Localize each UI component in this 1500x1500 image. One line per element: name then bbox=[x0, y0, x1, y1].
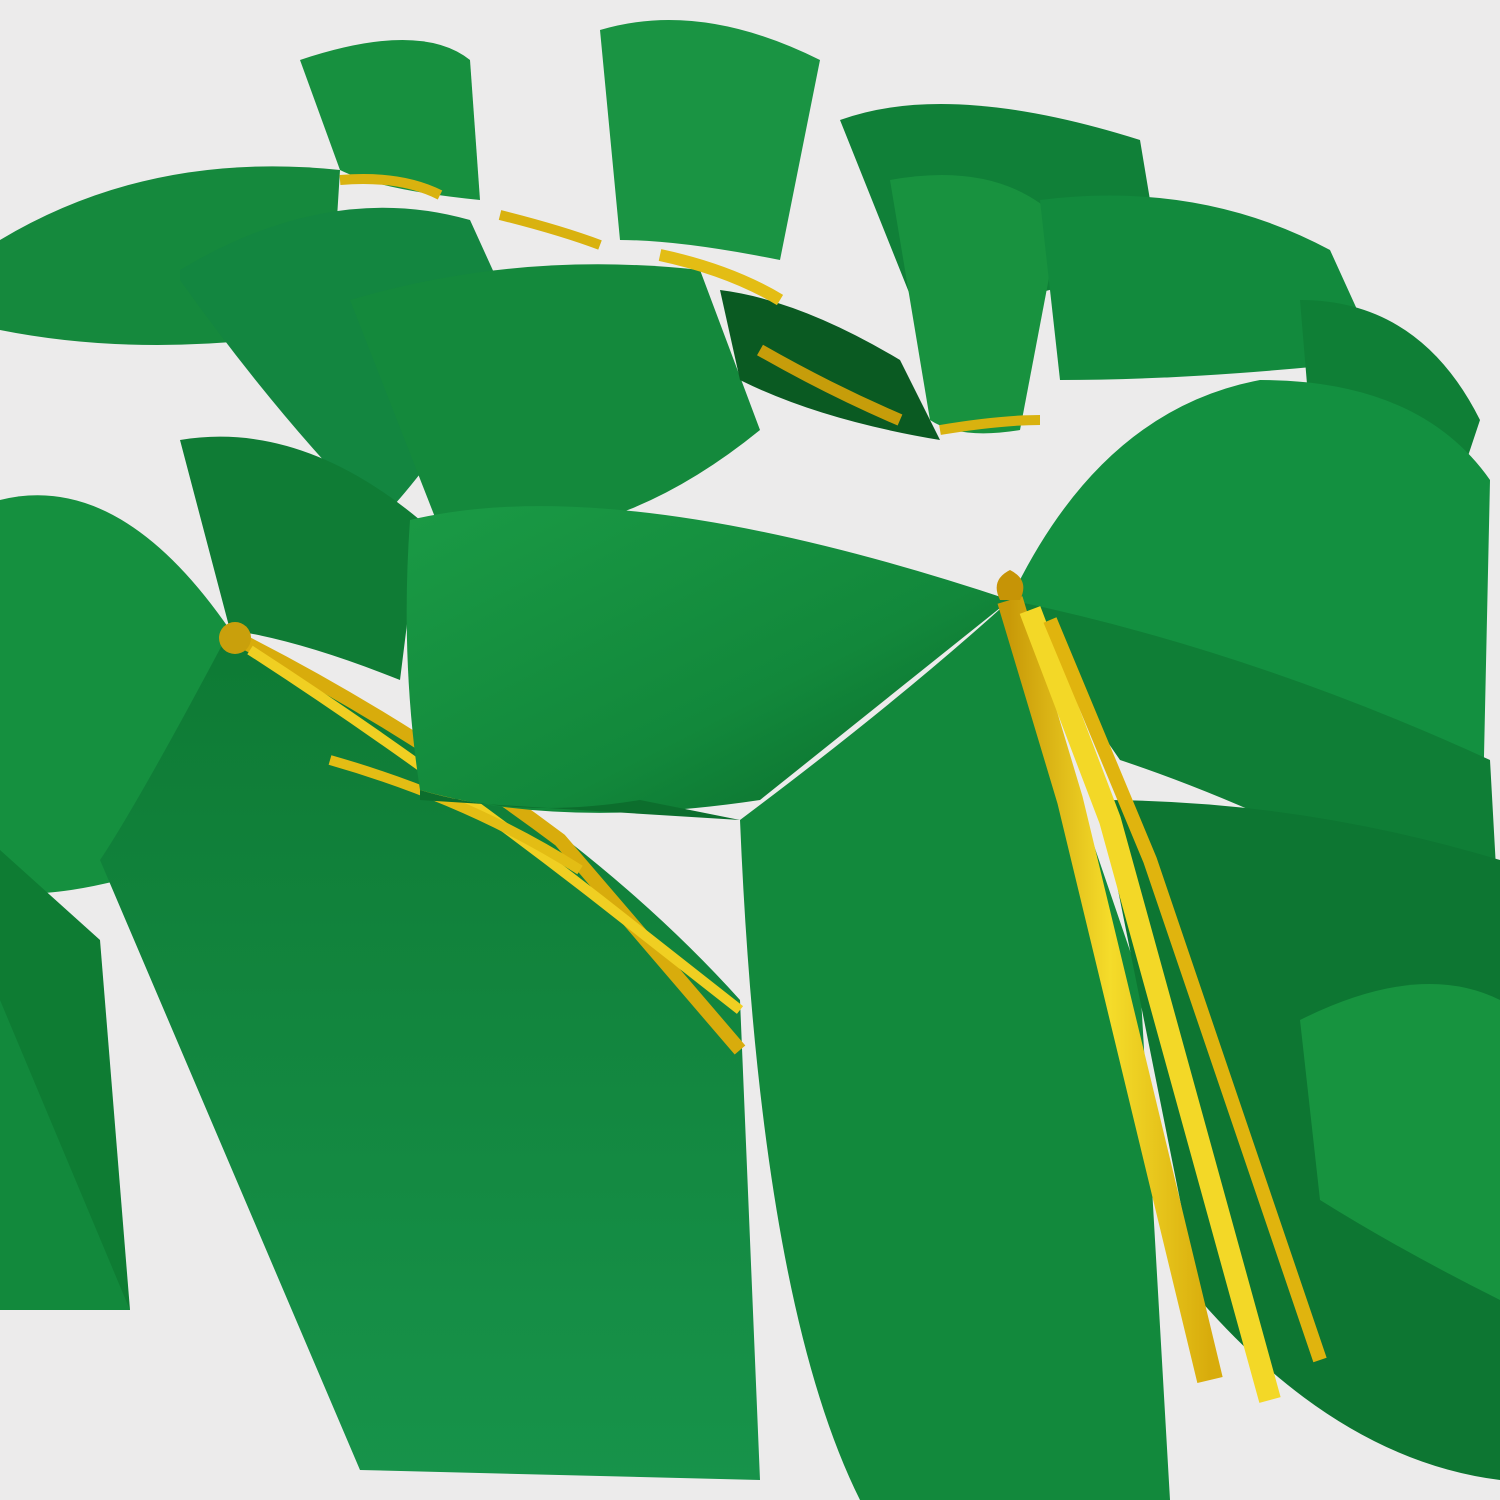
bows-photo bbox=[0, 0, 1500, 1500]
